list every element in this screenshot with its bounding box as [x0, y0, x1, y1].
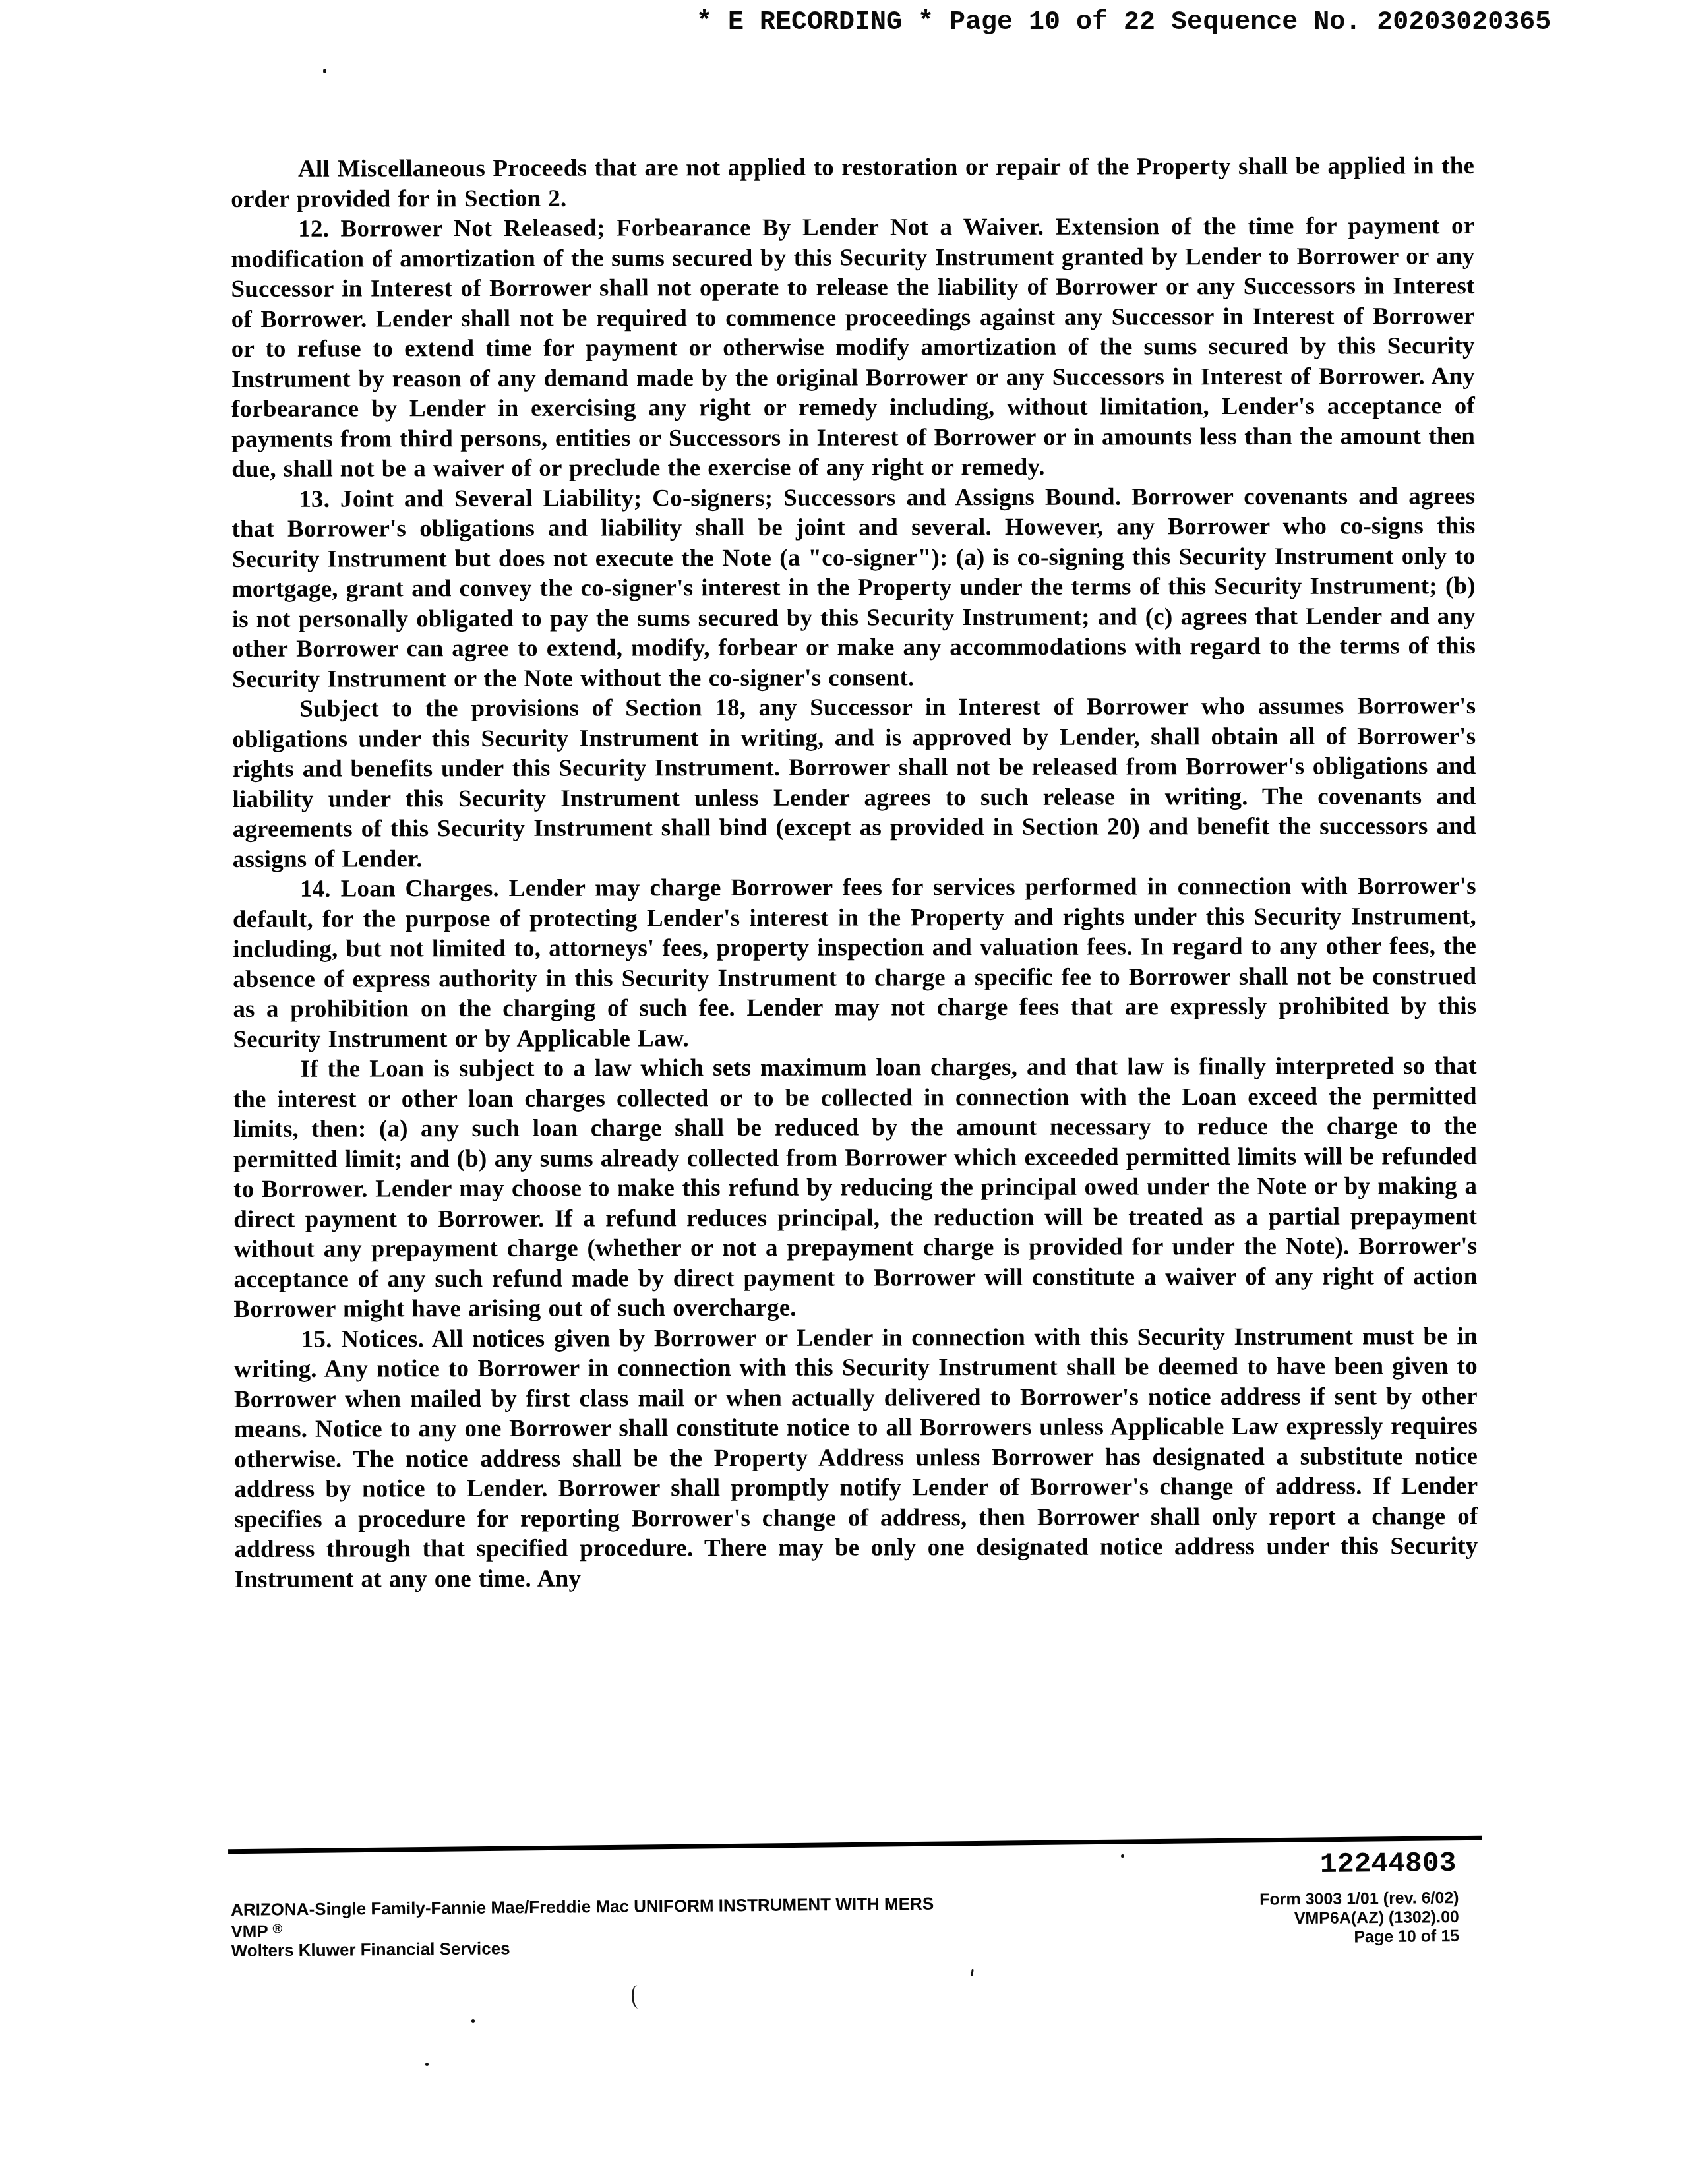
paragraph-successor-in-interest: Subject to the provisions of Section 18,… — [232, 691, 1476, 874]
paragraph-section-14-loan-charges: 14. Loan Charges. Lender may charge Borr… — [233, 871, 1477, 1054]
footer-page-number: Page 10 of 15 — [1259, 1927, 1459, 1948]
scan-artifact — [425, 2063, 429, 2066]
paragraph-maximum-loan-charges: If the Loan is subject to a law which se… — [233, 1051, 1478, 1324]
scan-artifact — [1121, 1854, 1124, 1858]
scan-artifact-paren — [631, 1985, 645, 2009]
scan-artifact — [323, 69, 326, 73]
footer-form-numbers: Form 3003 1/01 (rev. 6/02) VMP6A(AZ) (13… — [1259, 1889, 1459, 1948]
scan-artifact — [971, 1969, 974, 1976]
footer-form-identification: ARIZONA-Single Family-Fannie Mae/Freddie… — [231, 1895, 934, 1961]
paragraph-section-15-notices: 15. Notices. All notices given by Borrow… — [234, 1321, 1478, 1594]
footer-vmp-form-code: VMP6A(AZ) (1302).00 — [1259, 1908, 1459, 1929]
document-body: All Miscellaneous Proceeds that are not … — [231, 151, 1478, 1594]
scan-artifact — [471, 2019, 475, 2023]
e-recording-stamp: * E RECORDING * Page 10 of 22 Sequence N… — [696, 8, 1551, 38]
footer-form-number: Form 3003 1/01 (rev. 6/02) — [1259, 1889, 1459, 1910]
registered-trademark-icon: ® — [272, 1922, 282, 1936]
scanned-document-page: * E RECORDING * Page 10 of 22 Sequence N… — [0, 0, 1688, 2184]
loan-reference-number: 12244803 — [1319, 1847, 1456, 1881]
paragraph-section-12-borrower-not-released: 12. Borrower Not Released; Forbearance B… — [231, 211, 1475, 484]
paragraph-miscellaneous-proceeds: All Miscellaneous Proceeds that are not … — [231, 151, 1474, 214]
paragraph-section-13-joint-liability: 13. Joint and Several Liability; Co-sign… — [231, 481, 1476, 694]
footer-divider-line — [228, 1836, 1482, 1854]
